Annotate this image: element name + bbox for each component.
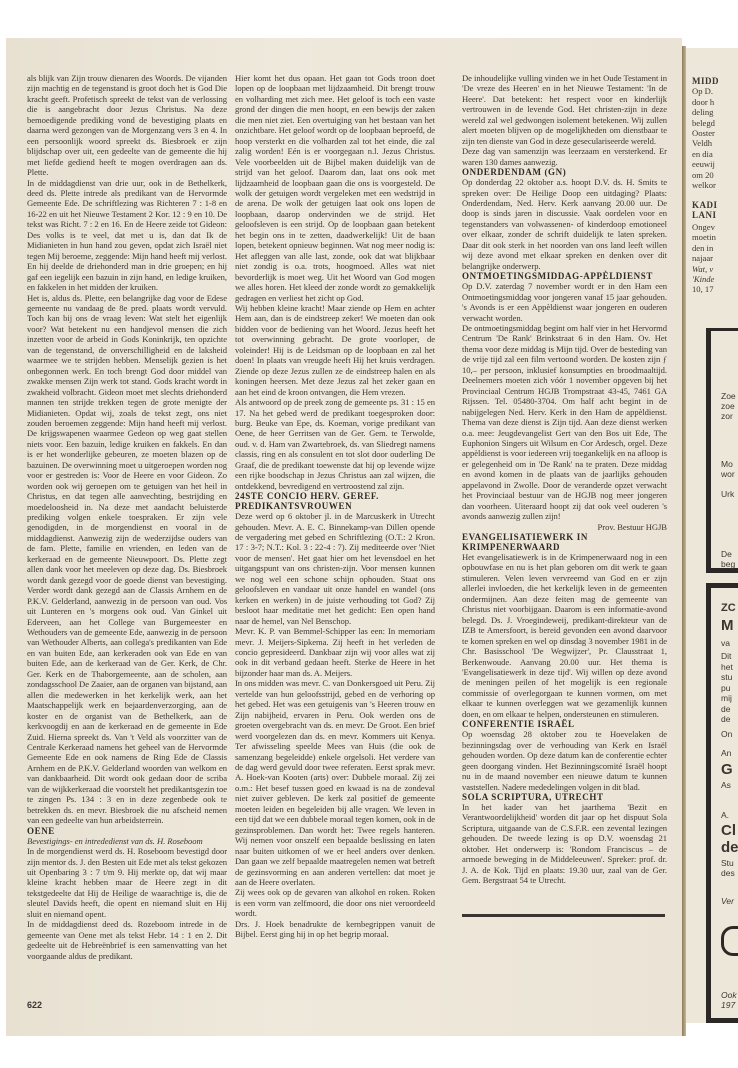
section-heading: ONTMOETINGSMIDDAG-APPÈLDIENST [462, 271, 667, 281]
ad-text: Urk [721, 489, 734, 499]
paragraph: Op donderdag 22 oktober a.s. hoopt D.V. … [462, 177, 667, 271]
next-page-heading: LANI [692, 210, 717, 220]
paragraph: In de morgendienst werd ds. H. Roseboom … [27, 846, 227, 919]
ad-text: stu [721, 672, 732, 682]
next-page-text: om 20 [692, 170, 714, 180]
paragraph: Mevr. K. P. van Bemmel-Schipper las een:… [235, 626, 435, 678]
column-2: Hier komt het dus opaan. Het gaan tot Go… [235, 73, 435, 940]
paragraph: als blijk van Zijn trouw dienaren des Wo… [27, 73, 227, 178]
ad-title: Cl [721, 823, 736, 839]
paragraph: Deze werd op 6 oktober jl. in de Marcusk… [235, 511, 435, 626]
paragraph: Hier komt het dus opaan. Het gaan tot Go… [235, 73, 435, 303]
ad-text: Ook [721, 990, 737, 1000]
paragraph: Deze dag van samenzijn was leerzaam en v… [462, 146, 667, 167]
next-page-text: Ongev [692, 222, 715, 232]
paragraph: Het evangelisatiewerk is in de Krimpener… [462, 552, 667, 719]
ad-text: de [721, 704, 730, 714]
paragraph: Het is, aldus ds. Plette, een belangrijk… [27, 293, 227, 826]
paragraph: In de middagdienst van drie uur, ook in … [27, 178, 227, 293]
ad-text: de [721, 714, 730, 724]
paragraph: In het kader van het jaarthema 'Bezit en… [462, 802, 667, 886]
paragraph: In ons midden was mevr. C. van Donkersgo… [235, 678, 435, 887]
section-heading: SOLA SCRIPTURA, UTRECHT [462, 792, 667, 802]
ad-text: An [721, 748, 731, 758]
next-page-text: welkor [692, 180, 716, 190]
ad-title: ZC [721, 602, 736, 614]
next-page-ad-box-2: ZCMvaDithetstupumijdedeOnAnGAsA.CldeStud… [706, 583, 738, 1023]
column-3: De inhoudelijke vulling vinden we in het… [462, 73, 667, 917]
page-number: 622 [27, 1000, 42, 1010]
section-subheading: Bevestigings- en intrededienst van ds. H… [27, 836, 227, 846]
ad-text: beg [721, 559, 735, 569]
next-page-heading: MIDD [692, 76, 719, 86]
next-page-text: Ooster [692, 128, 715, 138]
next-page-text: deling [692, 107, 713, 117]
ad-text: het [721, 662, 733, 672]
ad-title: M [721, 618, 734, 634]
next-page-text: Wat, v [692, 264, 713, 274]
paragraph: Wij hebben kleine kracht! Maar ziende op… [235, 303, 435, 397]
ad-text: mij [721, 693, 732, 703]
paragraph: Op D.V. zaterdag 7 november wordt er in … [462, 281, 667, 323]
ad-text: des [721, 868, 735, 878]
next-page-text: eeuwij [692, 159, 715, 169]
ad-text: Stu [721, 858, 734, 868]
next-page-edge: MIDD ZoezoezorMoworUrkDebeg ZCMvaDithets… [686, 48, 738, 1023]
next-page-heading: KADI [692, 200, 718, 210]
next-page-text: moetin [692, 232, 716, 242]
section-heading: OENE [27, 826, 227, 836]
paragraph: De inhoudelijke vulling vinden we in het… [462, 73, 667, 146]
column-1: als blijk van Zijn trouw dienaren des Wo… [27, 73, 227, 961]
next-page-text: najaar [692, 253, 713, 263]
signature: Prov. Bestuur HGJB [462, 522, 667, 532]
section-heading: ONDERDENDAM (Gn) [462, 167, 667, 177]
ad-text: Dit [721, 651, 731, 661]
paragraph: Drs. J. Hoek benadrukte de kernbegrippen… [235, 919, 435, 940]
next-page-text: door h [692, 97, 714, 107]
ad-text: pu [721, 683, 730, 693]
paragraph: Zij wees ook op de gevaren van alkohol e… [235, 887, 435, 918]
ad-text: Ver [721, 896, 734, 906]
ad-text: Mo [721, 459, 733, 469]
ad-text: zor [721, 411, 733, 421]
ad-text: zoe [721, 401, 735, 411]
ad-title: G [721, 762, 733, 778]
ad-text: A. [721, 810, 729, 820]
end-rule [462, 914, 665, 917]
paragraph: De ontmoetingsmiddag begint om half vier… [462, 323, 667, 522]
next-page-text: belegd [692, 118, 715, 128]
next-page-text: 'Kinde [692, 274, 714, 284]
ad-text: 197 [721, 1000, 735, 1010]
next-page-text: en dia [692, 149, 713, 159]
ad-text: Zoe [721, 391, 736, 401]
paragraph: In de middagdienst deed ds. Rozeboom int… [27, 919, 227, 961]
next-page-text: Veldh [692, 138, 712, 148]
ad-subtitle: va [721, 638, 730, 648]
next-page-text: den in [692, 243, 713, 253]
next-page-text: Op D. [692, 86, 713, 96]
ad-text: On [721, 729, 732, 739]
next-page-ad-box-1: ZoezoezorMoworUrkDebeg [706, 328, 738, 573]
section-heading: 24STE CONCIO HERV. GEREF. PREDIKANTSVROU… [235, 491, 435, 511]
ad-text: De [721, 549, 732, 559]
section-heading: CONFERENTIE ISRAËL [462, 719, 667, 729]
section-heading: EVANGELISATIEWERK IN KRIMPENERWAARD [462, 532, 667, 552]
logo-icon [721, 926, 738, 956]
next-page-text: 10, 17 [692, 284, 713, 294]
paragraph: Op woensdag 28 oktober zou te Hoevelaken… [462, 729, 667, 792]
ad-text: wor [721, 469, 735, 479]
paragraph: Als antwoord op de preek zong de gemeent… [235, 397, 435, 491]
ad-title: de [721, 840, 738, 856]
ad-text: As [721, 780, 731, 790]
